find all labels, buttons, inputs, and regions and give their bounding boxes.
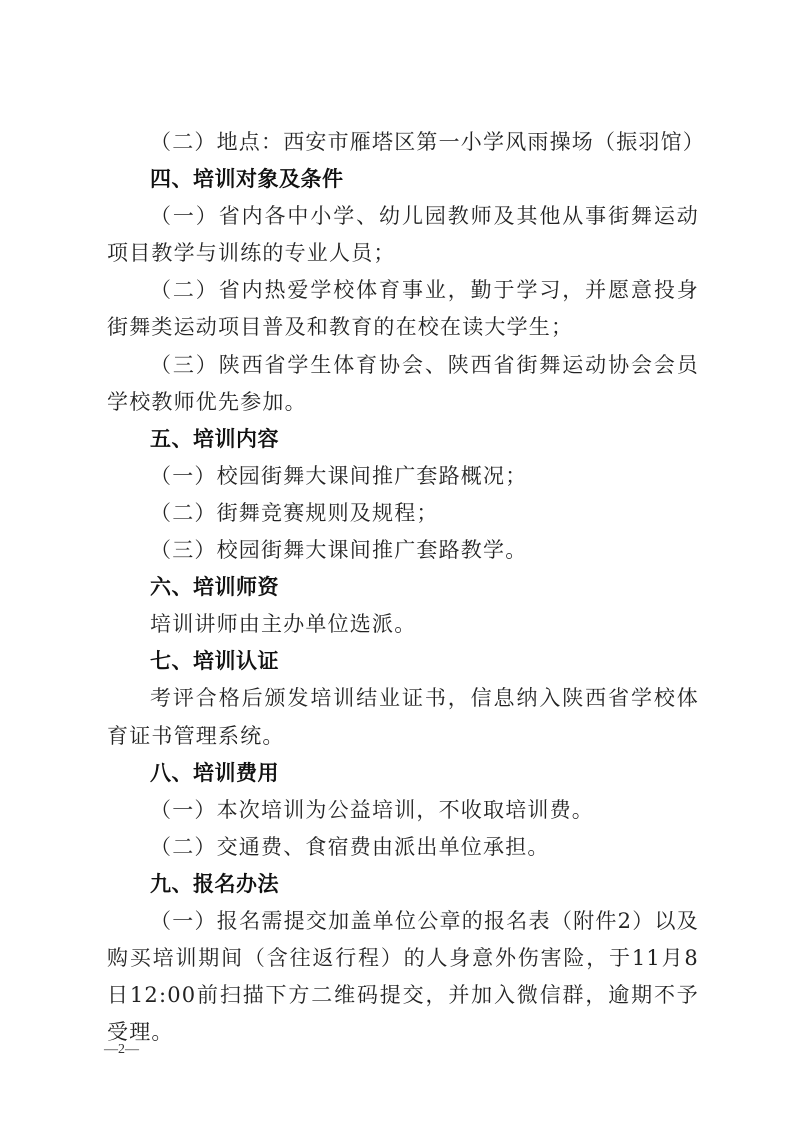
heading-section-5: 五、培训内容 [107,421,699,458]
heading-section-7: 七、培训认证 [107,643,699,680]
page-number: —2— [104,1042,139,1058]
paragraph-eligibility-2: （二）省内热爱学校体育事业，勤于学习，并愿意投身街舞类运动项目普及和教育的在校在… [107,272,699,346]
paragraph-instructors: 培训讲师由主办单位选派。 [107,606,699,643]
paragraph-certification: 考评合格后颁发培训结业证书，信息纳入陕西省学校体育证书管理系统。 [107,680,699,754]
paragraph-location: （二）地点：西安市雁塔区第一小学风雨操场（振羽馆） [107,124,699,161]
paragraph-eligibility-3: （三）陕西省学生体育协会、陕西省街舞运动协会会员学校教师优先参加。 [107,347,699,421]
heading-section-6: 六、培训师资 [107,569,699,606]
paragraph-eligibility-1: （一）省内各中小学、幼儿园教师及其他从事街舞运动项目教学与训练的专业人员； [107,198,699,272]
paragraph-fees-2: （二）交通费、食宿费由派出单位承担。 [107,829,699,866]
paragraph-content-3: （三）校园街舞大课间推广套路教学。 [107,532,699,569]
heading-section-8: 八、培训费用 [107,755,699,792]
paragraph-registration-1: （一）报名需提交加盖单位公章的报名表（附件2）以及购买培训期间（含往返行程）的人… [107,903,699,1051]
paragraph-content-2: （二）街舞竞赛规则及规程； [107,495,699,532]
document-body: （二）地点：西安市雁塔区第一小学风雨操场（振羽馆） 四、培训对象及条件 （一）省… [107,124,699,1051]
paragraph-content-1: （一）校园街舞大课间推广套路概况； [107,458,699,495]
paragraph-fees-1: （一）本次培训为公益培训，不收取培训费。 [107,792,699,829]
document-page: （二）地点：西安市雁塔区第一小学风雨操场（振羽馆） 四、培训对象及条件 （一）省… [0,0,800,1131]
heading-section-9: 九、报名办法 [107,866,699,903]
heading-section-4: 四、培训对象及条件 [107,161,699,198]
